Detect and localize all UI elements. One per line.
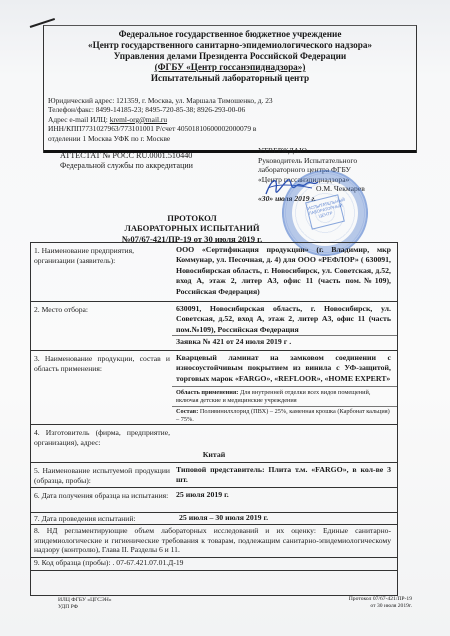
legal-inn: ИНН/КПП7731027963/773101001 Р/счет 40501…: [48, 124, 273, 133]
footer-org-sub: УДП РФ: [58, 604, 112, 611]
protocol-line-2: ЛАБОРАТОРНЫХ ИСПЫТАНИЙ: [92, 223, 292, 233]
approval-line-1: Руководитель Испытательного: [258, 156, 365, 166]
scope-label: Область применения:: [176, 389, 238, 396]
table-row-sampling-place: 2. Место отбора: 630091, Новосибирская о…: [31, 301, 397, 350]
attestat-block: АТТЕСТАТ № РОСС RU.0001.510440 Федеральн…: [60, 151, 193, 171]
footer-org: ИЛЦ ФГБУ «ЦГСЭН»: [58, 597, 112, 604]
protocol-line-1: ПРОТОКОЛ: [92, 213, 292, 223]
org-line-3: Управления делами Президента Российской …: [44, 51, 416, 62]
sample-code-text: 9. Код образца (пробы): . 07-67.421.07.0…: [34, 558, 391, 568]
header-frame: Федеральное государственное бюджетное уч…: [43, 25, 417, 153]
attestat-number: АТТЕСТАТ № РОСС RU.0001.510440: [60, 151, 193, 161]
attestat-issuer: Федеральной службы по аккредитации: [60, 161, 193, 171]
row-label: 2. Место отбора:: [34, 305, 88, 315]
footer-left: ИЛЦ ФГБУ «ЦГСЭН» УДП РФ: [58, 597, 112, 611]
request-number: Заявка № 421 от 24 июля 2019 г .: [176, 337, 391, 347]
table-row-applicant: 1. Наименование предприятия, организации…: [31, 242, 397, 301]
legal-phone: Телефон/факс: 8499-14185-23; 8495-720-85…: [48, 105, 273, 114]
row-label: 5. Наименование испытуемой продукции (об…: [34, 466, 170, 485]
legal-details: Юридический адрес: 121359, г. Москва, ул…: [48, 96, 273, 143]
legal-address: Юридический адрес: 121359, г. Москва, ул…: [48, 96, 273, 105]
protocol-title: ПРОТОКОЛ ЛАБОРАТОРНЫХ ИСПЫТАНИЙ №07/67-4…: [92, 213, 292, 244]
row-value: 25 июля – 30 июля 2019 г.: [179, 513, 391, 523]
table-row-received-date: 6. Дата получения образца на испытания: …: [31, 487, 397, 512]
table-row-sample-name: 5. Наименование испытуемой продукции (об…: [31, 462, 397, 487]
row-label: 1. Наименование предприятия, организации…: [34, 246, 170, 265]
cell-divider: [172, 406, 397, 407]
row-value: Типовой представитель: Плита т.м. «FARGO…: [176, 465, 391, 486]
document-page: Федеральное государственное бюджетное уч…: [0, 0, 450, 636]
composition-label: Состав:: [176, 408, 198, 415]
cell-divider: [172, 335, 397, 336]
table-row-normative-docs: 8. НД регламентирующие объем лабораторны…: [31, 524, 397, 557]
legal-bank: отделении 1 Москва УФК по г. Москве: [48, 134, 273, 143]
table-row-manufacturer: 4. Изготовитель (фирма, предприятие, орг…: [31, 424, 397, 463]
stamp-text: ИСПЫТАТЕЛЬНЫЙ ЛАБОРАТОРНЫЙ ЦЕНТР: [305, 194, 345, 229]
footer-protocol-number: Протокол 07/67-421/ПР-19: [349, 596, 412, 603]
protocol-table: 1. Наименование предприятия, организации…: [30, 242, 398, 596]
row-label: 6. Дата получения образца на испытания:: [34, 491, 170, 501]
composition-note: Состав: Поливинилхлорид (ПВХ) – 25%, кам…: [176, 408, 391, 425]
org-line-5: Испытательный лабораторный центр: [44, 73, 416, 84]
organization-header: Федеральное государственное бюджетное уч…: [44, 29, 416, 84]
table-row-product: 3. Наименование продукции, состав и обла…: [31, 350, 397, 424]
email-label: Адрес e-mail ИЛЦ:: [48, 115, 110, 124]
footer-right: Протокол 07/67-421/ПР-19 от 30 июля 2019…: [349, 596, 412, 610]
row-label: 4. Изготовитель (фирма, предприятие, орг…: [34, 428, 170, 447]
row-value: ООО «Сертификация продукции» (г. Владими…: [176, 245, 391, 297]
composition-text: Поливинилхлорид (ПВХ) – 25%, каменная кр…: [176, 408, 390, 423]
row-value: 25 июля 2019 г.: [176, 490, 391, 500]
row-label: 3. Наименование продукции, состав и обла…: [34, 354, 170, 373]
row-value: 630091, Новосибирская область, г. Новоси…: [176, 304, 391, 335]
row-value: Кварцевый ламинат на замковом соединении…: [176, 353, 391, 384]
approval-title: УТВЕРЖДАЮ: [258, 146, 365, 156]
row-label: 7. Дата проведения испытаний:: [34, 514, 136, 524]
org-line-4: (ФГБУ «Центр госсанэпиднадзора»): [44, 62, 416, 73]
email-link[interactable]: kreml-org@mail.ru: [110, 115, 167, 124]
scope-note: Область применения: Для внутренней отдел…: [176, 389, 391, 406]
legal-email-row: Адрес e-mail ИЛЦ: kreml-org@mail.ru: [48, 115, 273, 124]
manufacturer-country: Китай: [31, 450, 397, 459]
table-row-sample-code: 9. Код образца (пробы): . 07-67.421.07.0…: [31, 557, 397, 571]
cell-divider: [172, 386, 397, 387]
normative-docs-text: 8. НД регламентирующие объем лабораторны…: [34, 526, 391, 555]
footer-protocol-date: от 30 июля 2019г.: [349, 603, 412, 610]
org-line-1: Федеральное государственное бюджетное уч…: [44, 29, 416, 40]
org-line-2: «Центр государственного санитарно-эпидем…: [44, 40, 416, 51]
